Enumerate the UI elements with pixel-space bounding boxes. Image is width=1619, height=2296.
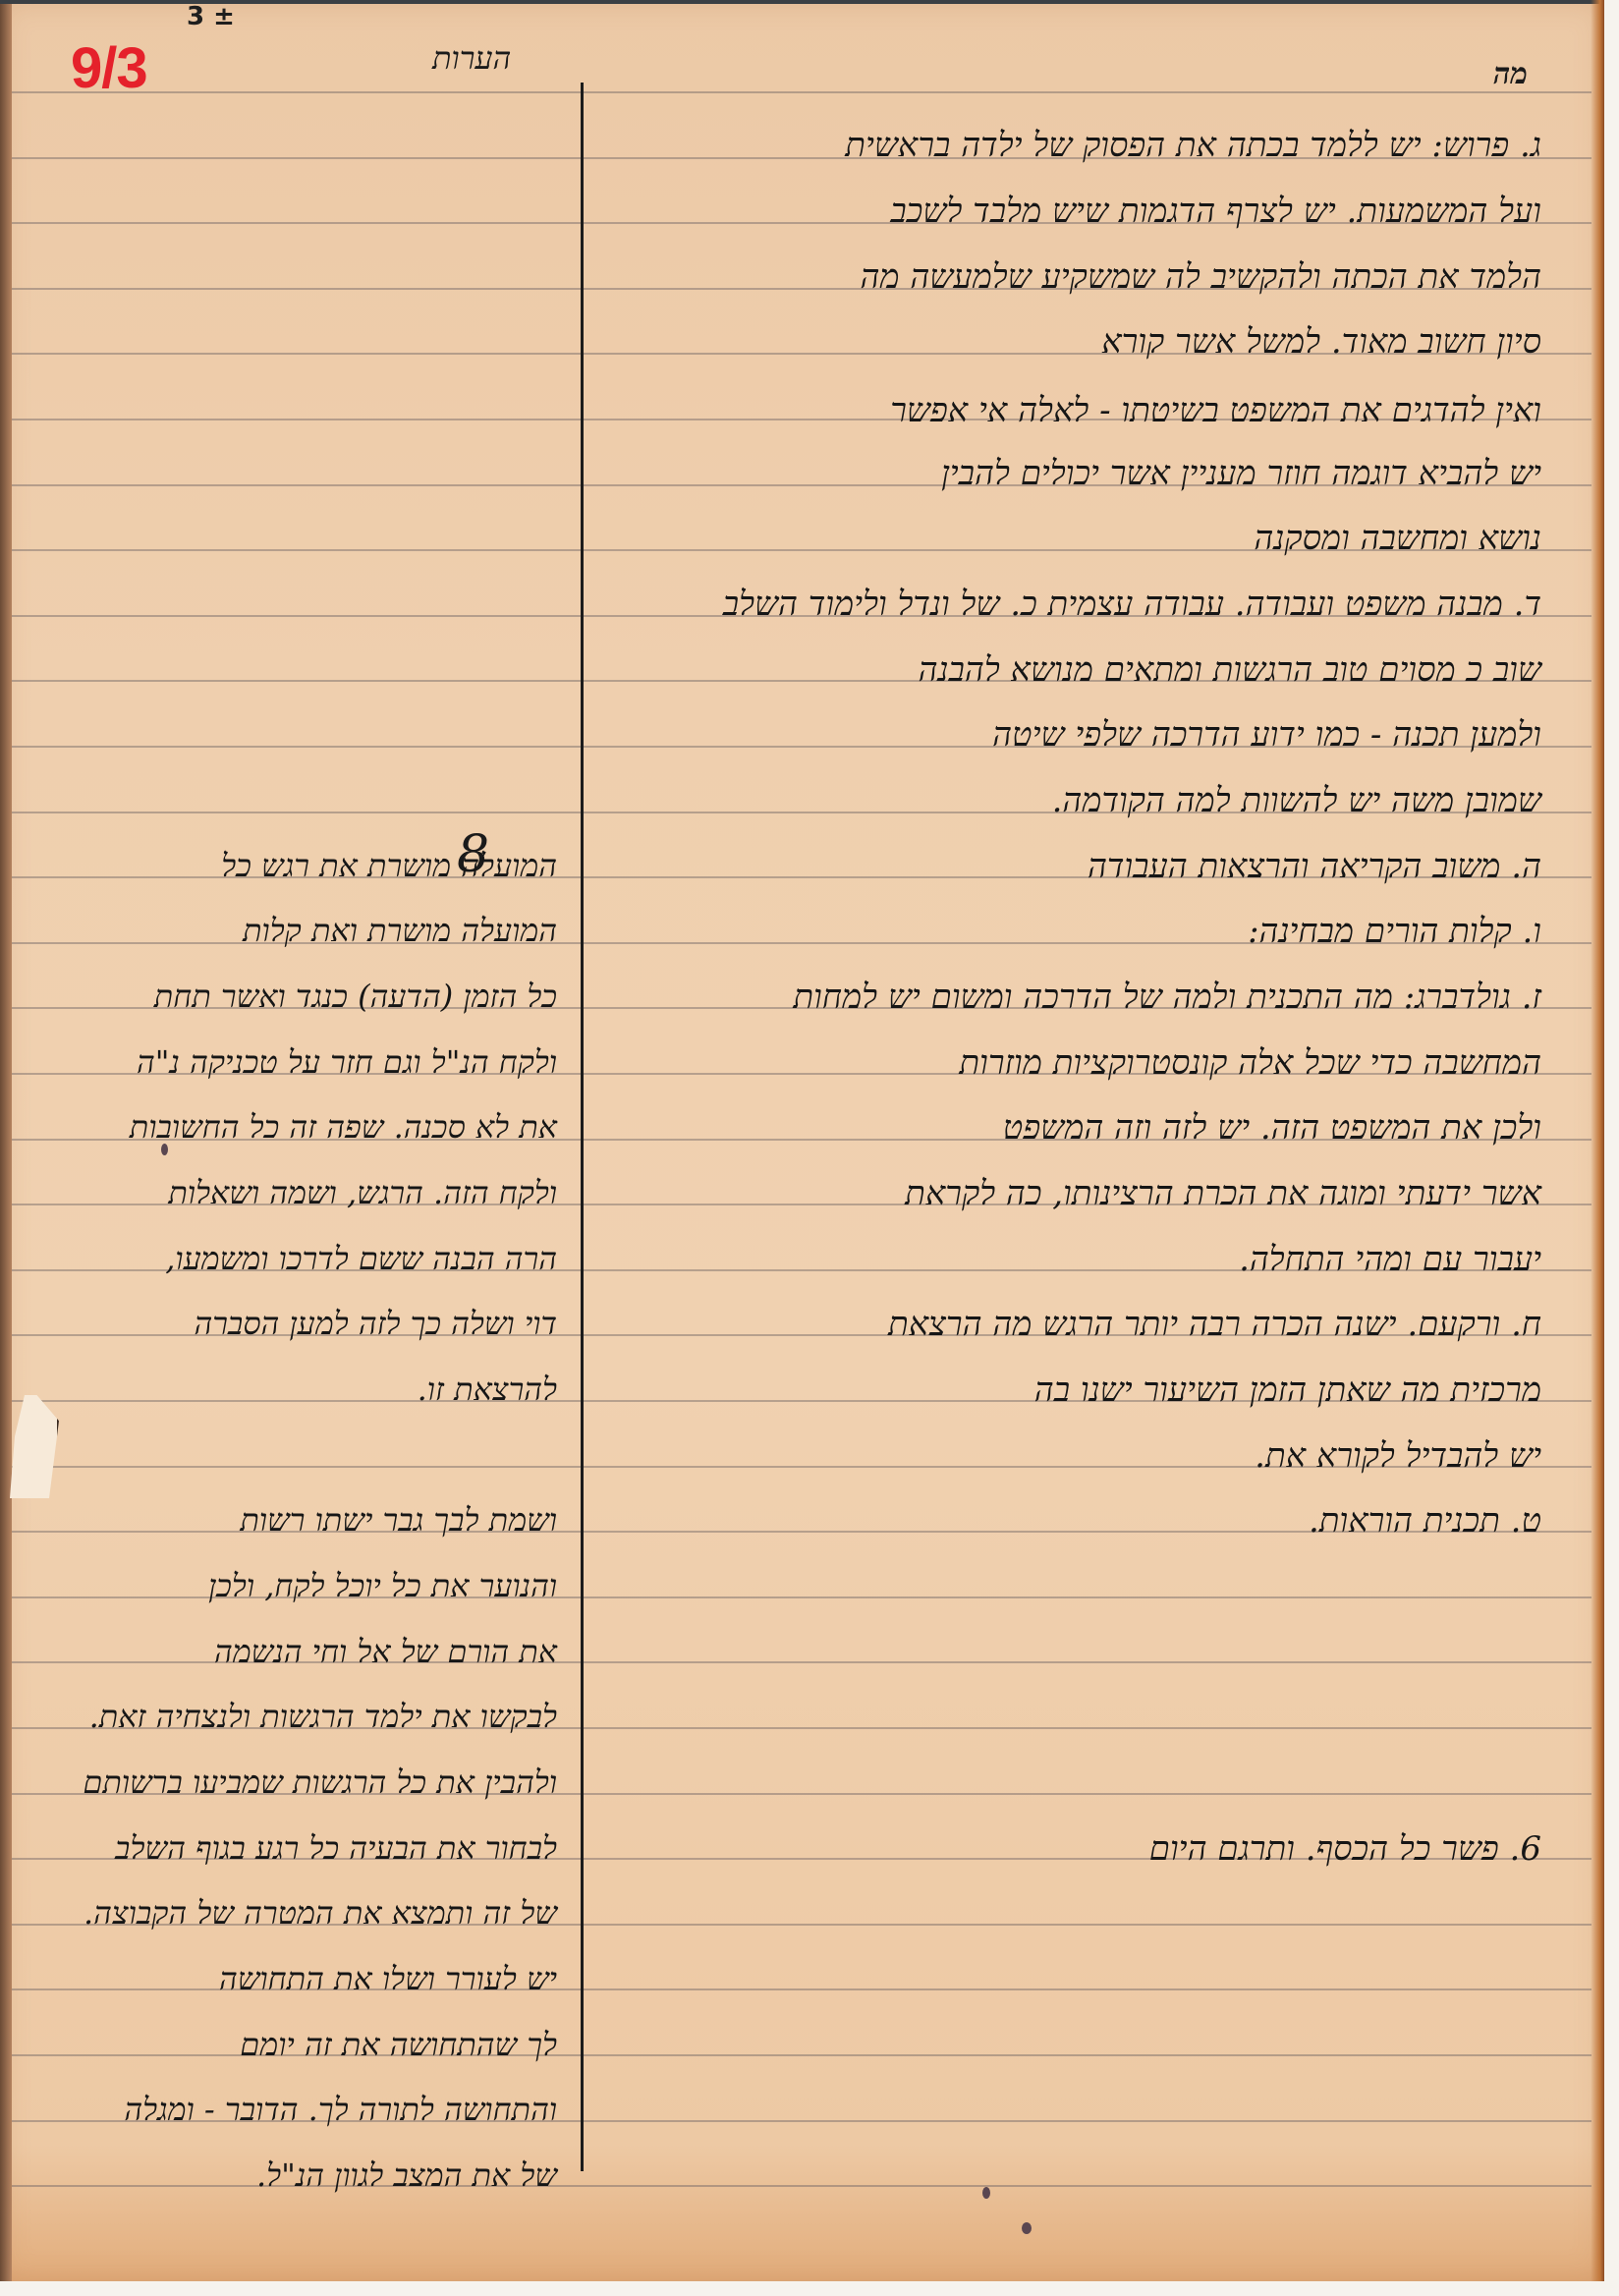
handwritten-line: והתחושה לתורה לך. הדובר - ומגלה	[124, 2091, 557, 2128]
handwritten-line: ט. תכנית הוראות.	[1309, 1501, 1541, 1540]
ink-spot	[982, 2187, 990, 2199]
ink-spot	[161, 1144, 168, 1155]
ruled-line	[12, 91, 1591, 93]
handwritten-line: מרכזית מה שאתן הזמן השיעור ישנו בה	[1034, 1371, 1541, 1410]
handwritten-line: ז. גולדברג: מה התכנית ולמה של הדרכה ומשו…	[793, 978, 1541, 1017]
notebook-page: 3 ± 9/3 הערות מה 8 ג. פרוש: יש ללמד בכתה…	[0, 0, 1604, 2281]
handwritten-line: לבחור את הבעיה כל רגע בגוף השלב	[115, 1829, 557, 1867]
handwritten-line: 6. פשר כל הכסף. ותרגם היום	[1149, 1829, 1541, 1869]
handwritten-line: דוי ושלה כך לזה למען הסברה	[194, 1305, 557, 1342]
handwritten-line: אשר ידעתי ומוגה את הכרת הרצינותו, כה לקר…	[905, 1174, 1541, 1213]
handwritten-line: ולהבין את כל הרגשות שמביעו ברשותם	[83, 1764, 557, 1801]
handwritten-line: הלמד את הכתה ולהקשיב לה שמשקיע שלמעשה מה	[860, 257, 1541, 297]
page-number-mark: מה	[1493, 57, 1528, 91]
ink-spot	[1022, 2222, 1032, 2234]
handwritten-line: והנוער את כל יוכל לקח, ולכן	[208, 1567, 557, 1604]
handwritten-line: יש לעורר ושלו את התחושה	[219, 1960, 557, 1997]
handwritten-line: יעבור עם ומהי התחלה.	[1239, 1240, 1541, 1279]
handwritten-line: ולקח הזה. הרגש, ושמה ושאלות	[168, 1174, 557, 1211]
margin-column-heading: הערות	[432, 39, 511, 77]
page-stamp: 3 ±	[187, 2, 235, 31]
handwritten-line: ו. קלות הורים מבחינה:	[1248, 912, 1541, 951]
handwritten-line: ח. ורקעם. ישנה הכרה רבה יותר הרגש מה הרצ…	[888, 1305, 1541, 1344]
handwritten-line: להרצאת זו.	[418, 1371, 557, 1408]
handwritten-line: את לא סכנה. שפה זה כל החשובות	[130, 1108, 557, 1146]
torn-paper-flap	[10, 1395, 59, 1498]
handwritten-line: המועלה מושרת ואת קלות	[243, 912, 557, 949]
handwritten-line: המחשבה כדי שכל אלה קונסטרוקציות מוזרות	[959, 1043, 1541, 1083]
handwritten-line: של זה ותמצא את המטרה של הקבוצה.	[84, 1894, 557, 1932]
handwritten-line: הרה הבנה ששם לדרכו ומשמעו,	[165, 1240, 557, 1277]
handwritten-line: לבקשו את ילמד הרגשות ולנצחיה זאת.	[89, 1698, 557, 1735]
sheet-number-label: 9/3	[71, 35, 147, 101]
handwritten-line: נושא ומחשבה ומסקנה	[1254, 519, 1541, 558]
handwritten-line: ד. מבנה משפט ועבודה. עבודה עצמית כ. של ו…	[723, 585, 1541, 624]
handwritten-line: ה. משוב הקריאה והרצאות העבודה	[1088, 847, 1541, 886]
handwritten-line: יש להביא דוגמה חוזר מעניין אשר יכולים לה…	[941, 454, 1541, 493]
handwritten-line: ושמת לבך גבר ישתו רשות	[240, 1501, 557, 1539]
ruled-line	[12, 2185, 1591, 2187]
handwritten-line: ועל המשמעות. יש לצרף הדגמות שיש מלבד לשכ…	[890, 192, 1541, 231]
handwritten-line: יש להבדיל לקורא את.	[1255, 1436, 1541, 1476]
handwritten-line: ולמען תכנה - כמו ידוע הדרכה שלפי שיטה	[992, 715, 1541, 755]
handwritten-line: ואין להדגים את המשפט בשיטתו - לאלה אי אפ…	[890, 391, 1541, 430]
handwritten-line: ולכן את המשפט הזה. יש לזה וזה המשפט	[1003, 1108, 1541, 1148]
handwritten-line: לך שהתחושה את זה יומם	[240, 2026, 557, 2063]
margin-divider-line	[581, 83, 584, 2171]
handwritten-line: שמובן משה יש להשוות למה הקודמה.	[1052, 781, 1541, 820]
handwritten-line: המועלה מושרת את רגש כל	[221, 847, 557, 884]
handwritten-line: סיון חשוב מאוד. למשל אשר קורא	[1101, 322, 1541, 362]
handwritten-line: של את המצב לגוון הנ"ל.	[256, 2156, 557, 2194]
handwritten-line: ג. פרוש: יש ללמד בכתה את הפסוק של ילדה ב…	[845, 126, 1541, 165]
scan-top-border	[0, 0, 1604, 4]
handwritten-line: כל הזמן (הדעה) כנגד ואשר תחת	[154, 978, 557, 1015]
handwritten-line: את הורם של אל וחי הנשמה	[214, 1633, 557, 1670]
handwritten-line: שוב כ מסוים טוב הרגשות ומתאים מנושא להבנ…	[919, 650, 1541, 690]
handwritten-line: ולקח הנ"ל וגם חזר על טכניקה נ"ה	[137, 1043, 557, 1081]
